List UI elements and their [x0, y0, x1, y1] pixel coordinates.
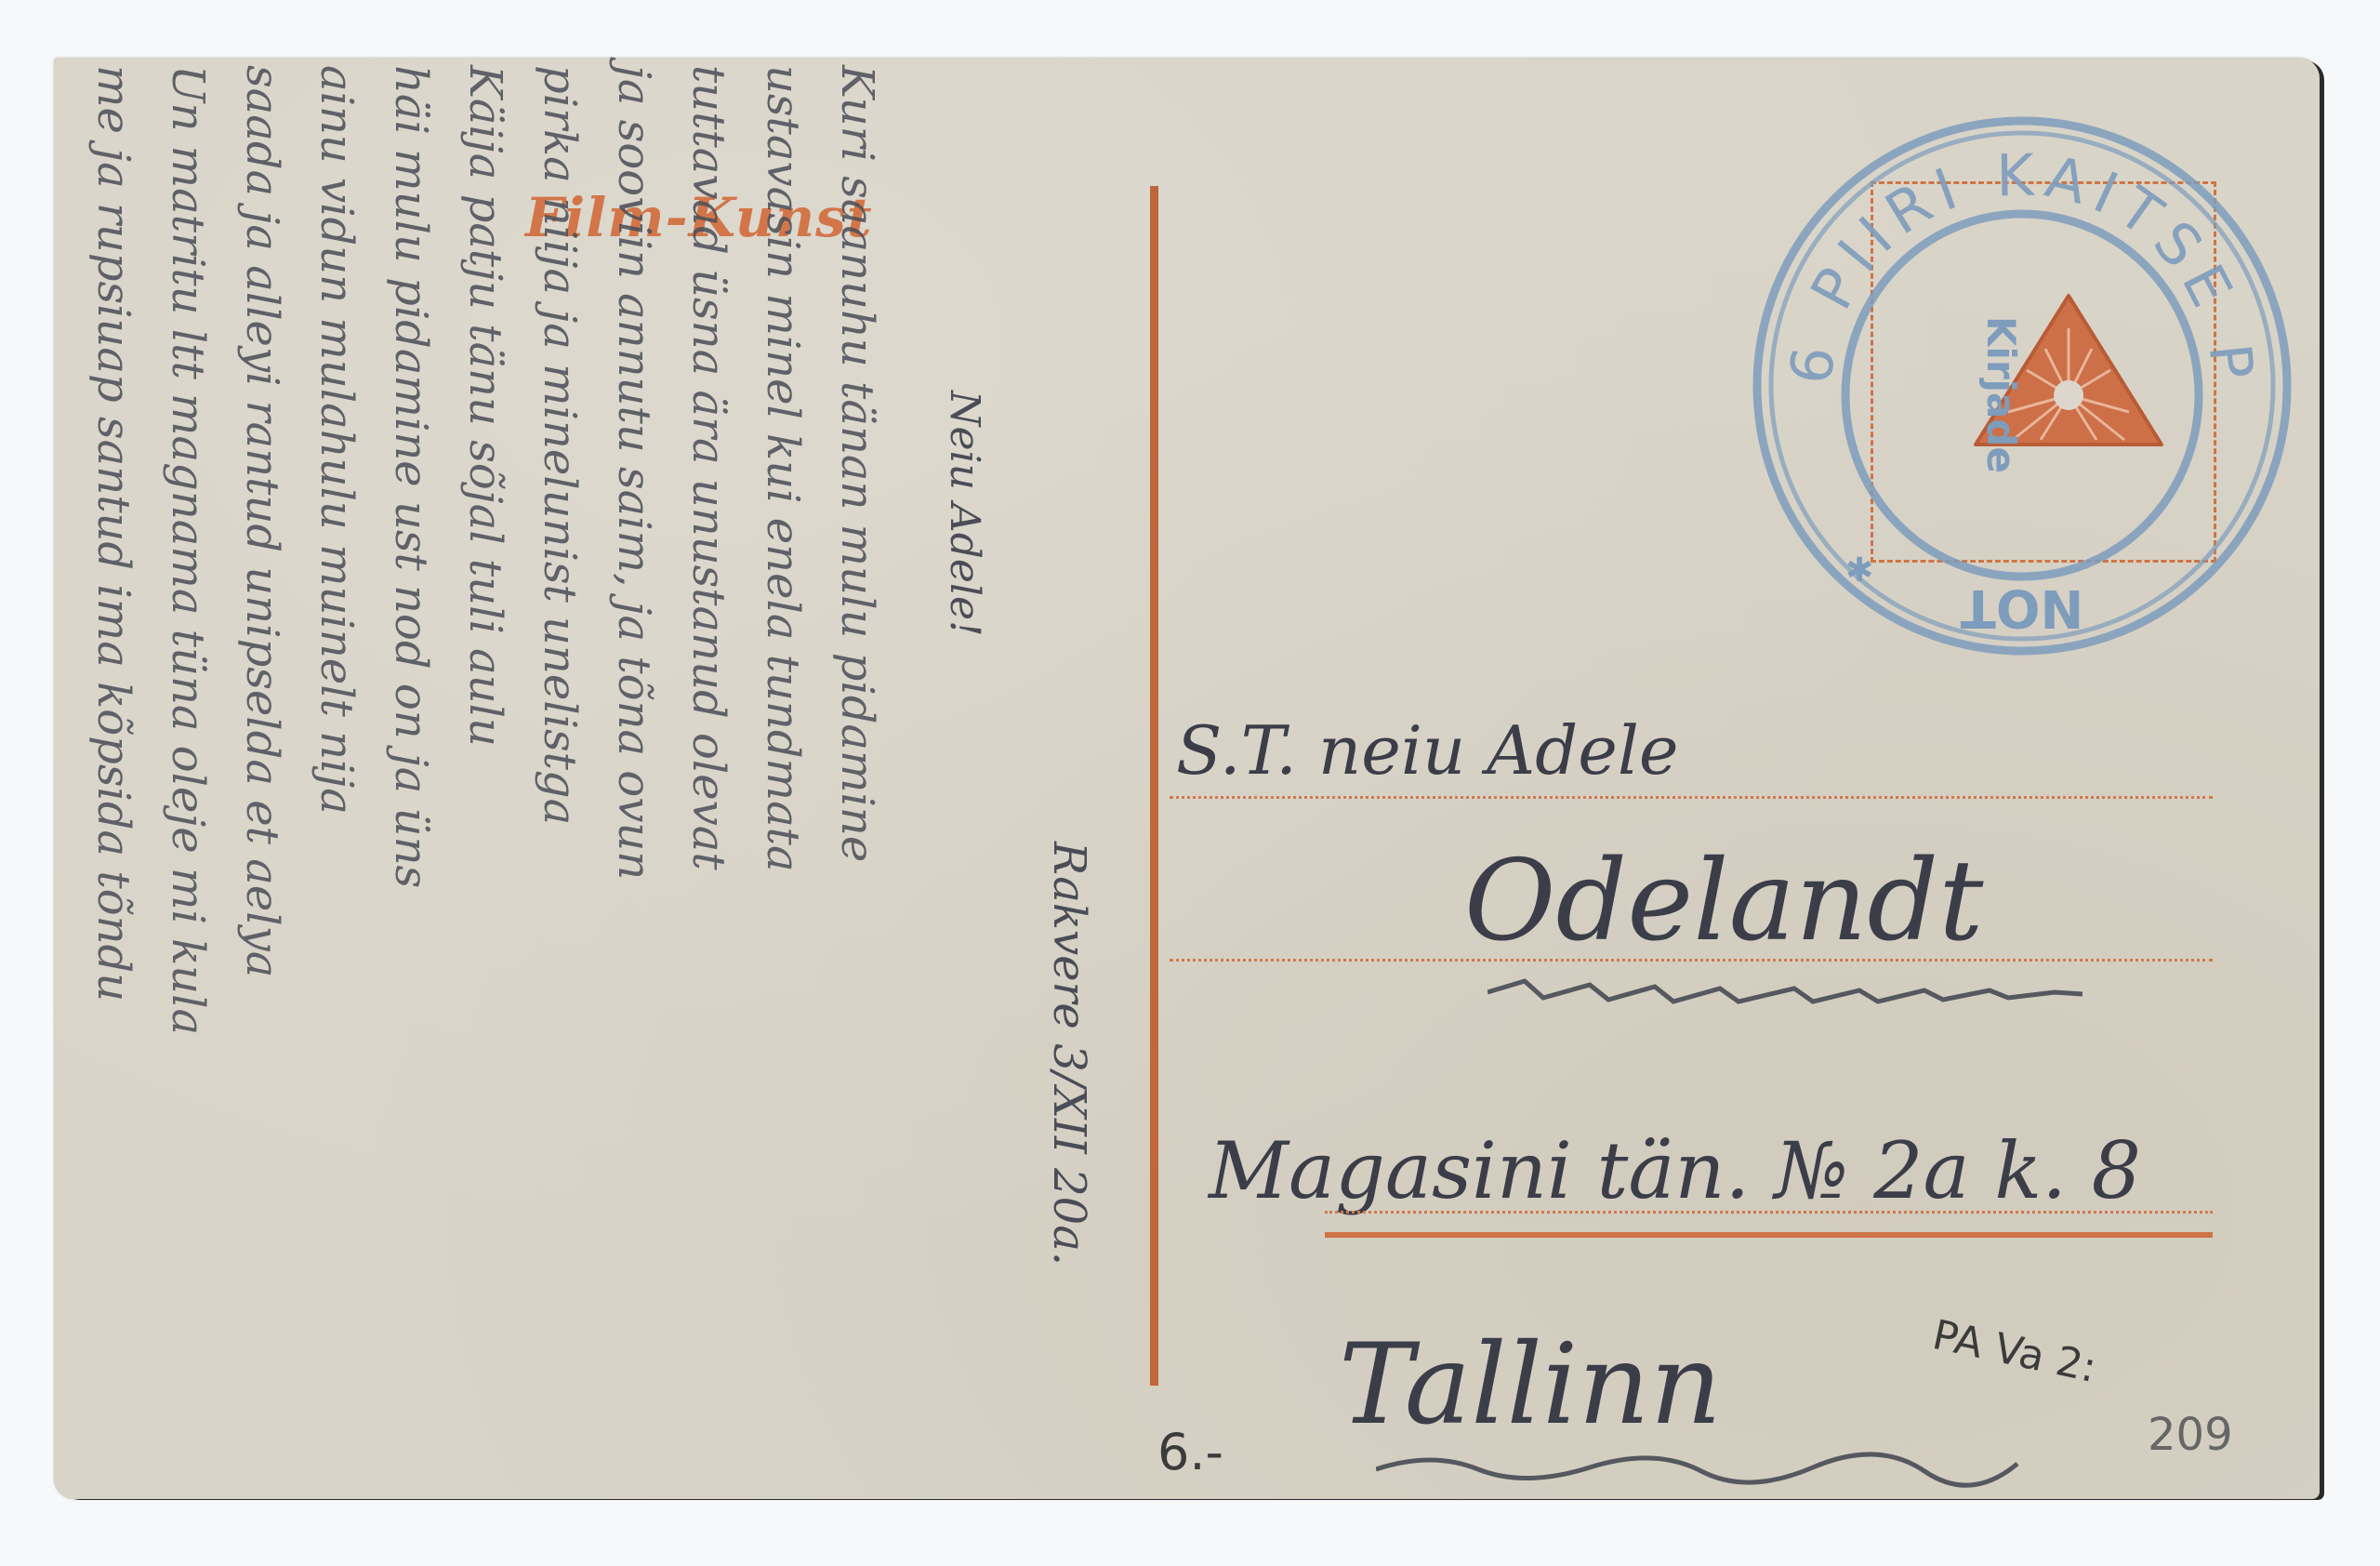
message-area: Kuri saanuhu tänan mulu pidamineustavasi… — [65, 65, 902, 1497]
price-note: 6.- — [1157, 1423, 1223, 1481]
address-line-1: S.T. neiu Adele — [1176, 711, 1678, 790]
address-rule-3 — [1325, 1211, 2213, 1214]
address-rule-1 — [1170, 796, 2213, 799]
underline-squiggle — [1487, 972, 2120, 1009]
greeting: Neiu Adele! — [941, 391, 988, 637]
address-line-2: Odelandt — [1464, 837, 1983, 966]
address-rule-2 — [1170, 959, 2213, 962]
svg-text:✱: ✱ — [1845, 551, 1873, 590]
postmark: 6 PIIRI KAITSE PATALJON NOT Kirjade ✱ — [1748, 107, 2296, 665]
archive-number: 209 — [2148, 1409, 2233, 1461]
place-date: Rakvere 3/XII 20a. — [1043, 842, 1095, 1266]
postmark-inner-text: Kirjade — [1978, 316, 2024, 473]
center-divider — [1150, 186, 1158, 1386]
underline-squiggle-2 — [1376, 1451, 2027, 1488]
address-line-3: Magasini tän. № 2a k. 8 — [1209, 1125, 2141, 1216]
postmark-bottom-text: NOT — [1961, 577, 2084, 638]
address-line-4: Tallinn — [1339, 1320, 1722, 1450]
message-line: me ja rupsiuap santud ima kõpsida tõndu — [0, 65, 139, 1497]
address-rule-4 — [1325, 1232, 2213, 1238]
